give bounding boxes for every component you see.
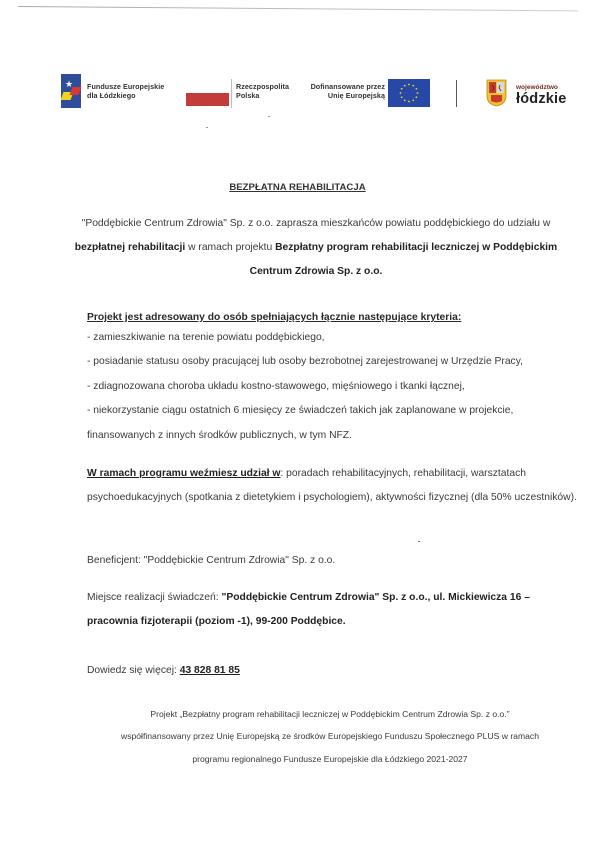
document-title: BEZPŁATNA REHABILITACJA [0, 182, 595, 193]
intro-paragraph: "Poddębickie Centrum Zdrowia" Sp. z o.o.… [66, 212, 566, 284]
fe-logo-line2: dla Łódzkiego [87, 92, 164, 101]
pl-logo-line2: Polska [236, 92, 289, 101]
fe-logo-text: Fundusze Europejskie dla Łódzkiego [87, 83, 164, 100]
criteria-list: - zamieszkiwanie na terenie powiatu podd… [87, 326, 577, 448]
scan-edge-line [18, 6, 578, 11]
lodzkie-logo-small-text: województwo [516, 84, 558, 91]
eu-flag-icon [388, 79, 430, 107]
beneficiary-line: Beneficjent: "Poddębickie Centrum Zdrowi… [87, 549, 335, 573]
polish-flag-white-icon [186, 79, 229, 93]
scan-speck [268, 116, 270, 117]
footer-line-3: programu regionalnego Fundusze Europejsk… [100, 748, 560, 770]
place-paragraph: Miejsce realizacji świadczeń: "Poddębick… [87, 586, 577, 634]
program-label: W ramach programu weźmiesz udział w [87, 468, 280, 479]
footer-line-2: współfinansowany przez Unię Europejską z… [100, 725, 560, 747]
intro-bold-project-name: Bezpłatny program rehabilitacji lecznicz… [250, 242, 558, 277]
pl-logo-text: Rzeczpospolita Polska [236, 83, 289, 100]
funding-footer: Projekt „Bezpłatny program rehabilitacji… [100, 703, 560, 770]
lodzkie-logo-big-text: łódzkie [516, 91, 567, 107]
intro-bold-free-rehab: bezpłatnej rehabilitacji [75, 242, 185, 253]
logo-separator [456, 80, 457, 107]
more-info-line: Dowiedz się więcej: 43 828 81 85 [87, 659, 240, 683]
phone-number[interactable]: 43 828 81 85 [180, 665, 240, 676]
criteria-item: - niekorzystanie ciągu ostatnich 6 miesi… [87, 399, 577, 448]
scan-speck [206, 127, 208, 128]
scan-speck [418, 541, 420, 542]
eu-logo-line2: Unię Europejską [304, 92, 385, 101]
lodzkie-crest-icon [486, 79, 507, 107]
program-paragraph: W ramach programu weźmiesz udział w: por… [87, 462, 577, 510]
more-info-label: Dowiedz się więcej: [87, 665, 180, 676]
criteria-item: - zdiagnozowana choroba układu kostno-st… [87, 375, 577, 399]
polish-flag-red-icon [186, 93, 229, 106]
criteria-item: - posiadanie statusu osoby pracującej lu… [87, 350, 577, 374]
fundusze-europejskie-logo-icon: ★ [61, 74, 81, 108]
place-bold-name: "Poddębickie Centrum Zdrowia" [221, 592, 379, 603]
footer-line-1: Projekt „Bezpłatny program rehabilitacji… [100, 703, 560, 725]
intro-text-2: w ramach projektu [185, 242, 275, 253]
intro-text-1: "Poddębickie Centrum Zdrowia" Sp. z o.o.… [82, 218, 551, 229]
criteria-item: - zamieszkiwanie na terenie powiatu podd… [87, 326, 577, 350]
place-label: Miejsce realizacji świadczeń: [87, 592, 221, 603]
pl-logo-divider [231, 79, 232, 108]
eu-logo-text: Dofinansowane przez Unię Europejską [304, 83, 385, 100]
